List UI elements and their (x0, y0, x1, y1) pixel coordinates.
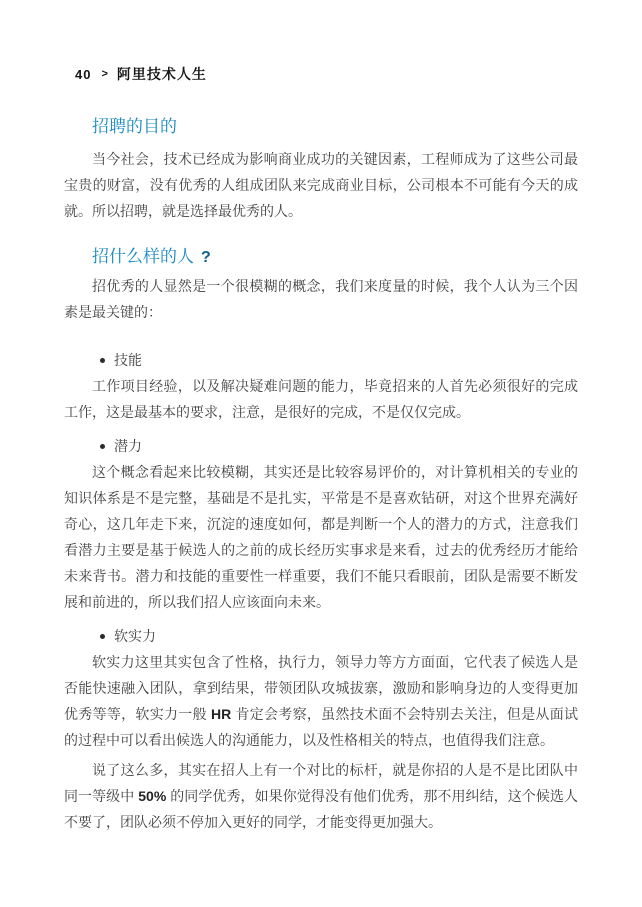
bullet-item-soft-skill: 软实力 (64, 623, 578, 649)
bold-percentage-text: 50% (138, 788, 166, 804)
page-content: 招聘的目的 当今社会，技术已经成为影响商业成功的关键因素，工程师成为了这些公司最… (64, 116, 578, 835)
paragraph-purpose: 当今社会，技术已经成为影响商业成功的关键因素，工程师成为了这些公司最宝贵的财富，… (64, 146, 578, 224)
bold-hr-text: HR (211, 706, 231, 722)
bullet-row: 潜力 (100, 433, 578, 459)
paragraph-potential: 这个概念看起来比较模糊，其实还是比较容易评价的，对计算机相关的专业的知识体系是不… (64, 459, 578, 615)
question-mark: ? (201, 249, 211, 266)
paragraph-skill: 工作项目经验，以及解决疑难问题的能力，毕竟招来的人首先必须很好的完成工作，这是最… (64, 373, 578, 425)
paragraph-conclusion: 说了这么多，其实在招人上有一个对比的标杆，就是你招的人是不是比团队中同一等级中 … (64, 757, 578, 835)
bullet-item-potential: 潜力 (64, 433, 578, 459)
bullet-row: 技能 (100, 347, 578, 373)
bullet-label-potential: 潜力 (114, 436, 142, 456)
section-heading-what-kind: 招什么样的人? (92, 246, 578, 269)
page-number: 40 (75, 67, 91, 82)
book-page: 40 > 阿里技术人生 招聘的目的 当今社会，技术已经成为影响商业成功的关键因素… (0, 0, 642, 907)
bullet-icon (100, 634, 105, 639)
heading-text: 招什么样的人 (92, 247, 194, 266)
running-head: 40 > 阿里技术人生 (75, 64, 207, 84)
bullet-label-skill: 技能 (114, 350, 142, 370)
bullet-label-soft-skill: 软实力 (114, 626, 156, 646)
book-title: 阿里技术人生 (117, 64, 207, 84)
paragraph-soft-skill: 软实力这里其实包含了性格，执行力，领导力等方方面面，它代表了候选人是否能快速融入… (64, 649, 578, 753)
separator-icon: > (101, 68, 108, 80)
heading-text: 招聘的目的 (92, 117, 177, 136)
bullet-row: 软实力 (100, 623, 578, 649)
section-heading-purpose: 招聘的目的 (92, 116, 578, 138)
bullet-item-skill: 技能 (64, 347, 578, 373)
bullet-icon (100, 358, 105, 363)
paragraph-what-kind: 招优秀的人显然是一个很模糊的概念，我们来度量的时候，我个人认为三个因素是最关键的… (64, 273, 578, 325)
bullet-icon (100, 444, 105, 449)
